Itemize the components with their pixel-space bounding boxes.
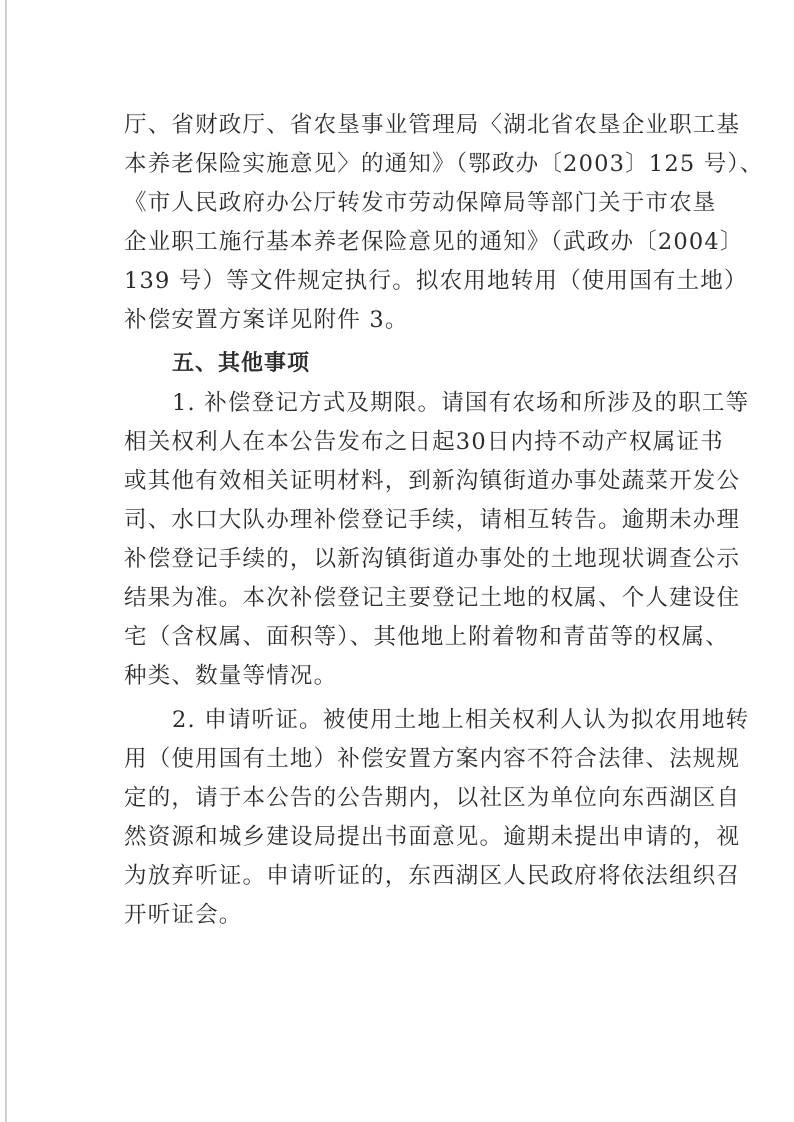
text-line: 种类、数量等情况。 (124, 657, 680, 696)
text-line: 开听证会。 (124, 896, 680, 935)
text-line: 企业职工施行基本养老保险意见的通知》（武政办〔2004〕 (124, 223, 680, 262)
item-1-paragraph: 1. 补偿登记方式及期限。请国有农场和所涉及的职工等 相关权利人在本公告发布之日… (124, 384, 680, 696)
text-line: 139 号）等文件规定执行。拟农用地转用（使用国有土地） (124, 262, 680, 301)
text-line: 2. 申请听证。被使用土地上相关权利人认为拟农用地转 (124, 701, 680, 740)
text-line: 宅（含权属、面积等）、其他地上附着物和青苗等的权属、 (124, 618, 680, 657)
text-line: 相关权利人在本公告发布之日起30日内持不动产权属证书 (124, 423, 680, 462)
continuation-paragraph: 厅、省财政厅、省农垦事业管理局〈湖北省农垦企业职工基 本养老保险实施意见〉的通知… (124, 106, 680, 340)
text-line: 用（使用国有土地）补偿安置方案内容不符合法律、法规规 (124, 740, 680, 779)
text-line: 补偿安置方案详见附件 3。 (124, 301, 680, 340)
text-line: 然资源和城乡建设局提出书面意见。逾期未提出申请的，视 (124, 818, 680, 857)
text-line: 厅、省财政厅、省农垦事业管理局〈湖北省农垦企业职工基 (124, 106, 680, 145)
text-line: 1. 补偿登记方式及期限。请国有农场和所涉及的职工等 (124, 384, 680, 423)
document-page: 厅、省财政厅、省农垦事业管理局〈湖北省农垦企业职工基 本养老保险实施意见〉的通知… (124, 106, 680, 935)
text-line: 本养老保险实施意见〉的通知》（鄂政办〔2003〕125 号）、 (124, 145, 680, 184)
text-line: 或其他有效相关证明材料，到新沟镇街道办事处蔬菜开发公 (124, 462, 680, 501)
text-line: 结果为准。本次补偿登记主要登记土地的权属、个人建设住 (124, 579, 680, 618)
text-line: 司、水口大队办理补偿登记手续，请相互转告。逾期未办理 (124, 501, 680, 540)
text-line: 《市人民政府办公厅转发市劳动保障局等部门关于市农垦 (124, 184, 680, 223)
text-line: 为放弃听证。申请听证的，东西湖区人民政府将依法组织召 (124, 857, 680, 896)
text-line: 补偿登记手续的，以新沟镇街道办事处的土地现状调查公示 (124, 540, 680, 579)
text-line: 定的，请于本公告的公告期内，以社区为单位向东西湖区自 (124, 779, 680, 818)
section-heading: 五、其他事项 (124, 340, 680, 384)
item-2-paragraph: 2. 申请听证。被使用土地上相关权利人认为拟农用地转 用（使用国有土地）补偿安置… (124, 701, 680, 935)
scan-edge-line (5, 0, 7, 1122)
